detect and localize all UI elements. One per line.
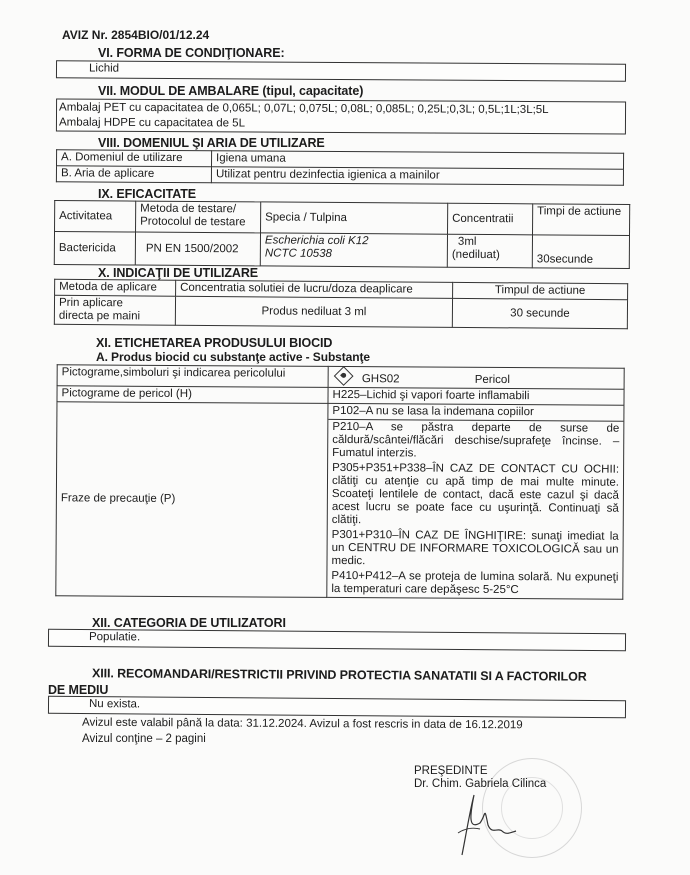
handwritten-signature bbox=[440, 785, 520, 865]
header-action-time: Timpul de actiune bbox=[453, 282, 628, 299]
signal-word: Pericol bbox=[475, 374, 510, 386]
table-row: Prin aplicare directa pe maini Produs ne… bbox=[54, 295, 627, 328]
precaution-p305: P305+P351+P338–ÎN CAZ DE CONTACT CU OCHI… bbox=[328, 461, 623, 530]
area-label: B. Aria de aplicare bbox=[56, 166, 211, 183]
section-vi-title: VI. FORMA DE CONDIŢIONARE: bbox=[98, 46, 285, 60]
section-vi-box: Lichid bbox=[56, 60, 626, 81]
usage-instructions-table: Metoda de aplicare Concentratia solutiei… bbox=[54, 279, 628, 330]
cell-species: Escherichia coli K12 NCTC 10538 bbox=[260, 233, 447, 267]
header-application-method: Metoda de aplicare bbox=[55, 279, 176, 296]
header-activity: Activitatea bbox=[55, 200, 136, 232]
precaution-p301: P301+P310–ÎN CAZ DE ÎNGHIŢIRE: sunaţi im… bbox=[327, 528, 622, 571]
section-xiii-title-line1: XIII. RECOMANDARI/RESTRICTII PRIVIND PRO… bbox=[92, 666, 587, 683]
section-vii-box: Ambalaj PET cu capacitatea de 0,065L; 0,… bbox=[56, 99, 626, 135]
precaution-p410: P410+P412–A se proteja de lumina solară.… bbox=[327, 569, 622, 599]
recommendations-value: Nu exista. bbox=[89, 698, 140, 710]
usage-domain-table: A. Domeniul de utilizare Igiena umana B.… bbox=[56, 149, 624, 185]
concentration-note: (nediluat) bbox=[452, 249, 528, 263]
method-line-1: Prin aplicare bbox=[59, 297, 171, 311]
header-action-time: Timpi de actiune bbox=[533, 204, 630, 236]
aviz-number: AVIZ Nr. 2854BIO/01/12.24 bbox=[62, 28, 209, 42]
efficacy-table: Activitatea Metoda de testare/ Protocolu… bbox=[54, 200, 630, 269]
domain-label: A. Domeniul de utilizare bbox=[57, 150, 212, 167]
page-count: Avizul conţine – 2 pagini bbox=[82, 733, 206, 745]
section-ix-title: IX. EFICACITATE bbox=[98, 187, 196, 201]
cell-concentration: 3ml (nediluat) bbox=[447, 234, 532, 268]
packaging-line-1: Ambalaj PET cu capacitatea de 0,065L; 0,… bbox=[59, 102, 549, 117]
hazard-label: Pictograme de pericol (H) bbox=[57, 386, 328, 404]
ghs-code: GHS02 bbox=[362, 373, 400, 385]
precaution-p102: P102–A nu se lasa la indemana copiilor bbox=[328, 404, 623, 422]
packaging-line-2: Ambalaj HDPE cu capacitatea de 5L bbox=[59, 117, 245, 130]
precaution-label: Fraze de precauţie (P) bbox=[56, 402, 328, 598]
cell-action-time: 30 secunde bbox=[452, 298, 627, 328]
section-xi-title: XI. ETICHETAREA PRODUSULUI BIOCID bbox=[96, 336, 332, 350]
flame-diamond-icon bbox=[334, 366, 354, 386]
section-xii-box: Populatie. bbox=[48, 629, 626, 652]
concentration-amount: 3ml bbox=[452, 236, 528, 250]
cell-concentration-dose: Produs nediluat 3 ml bbox=[175, 296, 452, 327]
area-value: Utilizat pentru dezinfectia igienica a m… bbox=[211, 167, 623, 186]
section-vii-title: VII. MODUL DE AMBALARE (tipul, capacitat… bbox=[98, 84, 363, 98]
header-method: Metoda de testare/ Protocolul de testare bbox=[136, 201, 261, 233]
cell-method: PN EN 1500/2002 bbox=[135, 232, 260, 266]
table-row: Fraze de precauţie (P) P102–A nu se lasa… bbox=[56, 402, 624, 599]
hazard-value: H225–Lichid şi vapori foarte inflamabili bbox=[328, 387, 624, 405]
cell-action-time: 30secunde bbox=[532, 235, 629, 269]
signatory-role: PREŞEDINTE bbox=[414, 765, 488, 777]
table-row: B. Aria de aplicare Utilizat pentru dezi… bbox=[56, 166, 623, 185]
user-category-value: Populatie. bbox=[89, 631, 140, 643]
species-name: Escherichia coli K12 bbox=[265, 234, 443, 248]
biocide-labeling-table: Pictograme,simboluri şi indicarea perico… bbox=[55, 364, 624, 599]
header-concentration: Concentratii bbox=[448, 203, 533, 235]
strain-code: NCTC 10538 bbox=[265, 247, 443, 261]
section-xiii-box: Nu exista. bbox=[48, 696, 626, 719]
pictograms-value: GHS02 Pericol bbox=[328, 366, 624, 389]
cell-application-method: Prin aplicare directa pe maini bbox=[54, 295, 175, 325]
section-x-title: X. INDICAŢII DE UTILIZARE bbox=[98, 266, 258, 280]
section-vi-value: Lichid bbox=[89, 62, 119, 74]
table-header-row: Activitatea Metoda de testare/ Protocolu… bbox=[55, 200, 630, 235]
table-row: Bactericida PN EN 1500/2002 Escherichia … bbox=[54, 231, 629, 268]
precautions-cell: P102–A nu se lasa la indemana copiilor P… bbox=[327, 403, 624, 599]
section-xi-subtitle: A. Produs biocid cu substanţe active - S… bbox=[96, 350, 370, 364]
validity-statement: Avizul este valabil până la data: 31.12.… bbox=[82, 717, 523, 732]
header-species: Specia / Tulpina bbox=[261, 202, 448, 234]
pictograms-label: Pictograme,simboluri şi indicarea perico… bbox=[57, 365, 328, 388]
section-viii-title: VIII. DOMENIUL ŞI ARIA DE UTILIZARE bbox=[98, 136, 325, 150]
section-xii-title: XII. CATEGORIA DE UTILIZATORI bbox=[92, 616, 286, 630]
document-page: AVIZ Nr. 2854BIO/01/12.24 VI. FORMA DE C… bbox=[0, 0, 690, 875]
method-line-2: directa pe maini bbox=[59, 310, 171, 324]
precaution-p210: P210–A se păstra departe de surse de căl… bbox=[328, 420, 623, 463]
cell-activity: Bactericida bbox=[54, 231, 135, 265]
